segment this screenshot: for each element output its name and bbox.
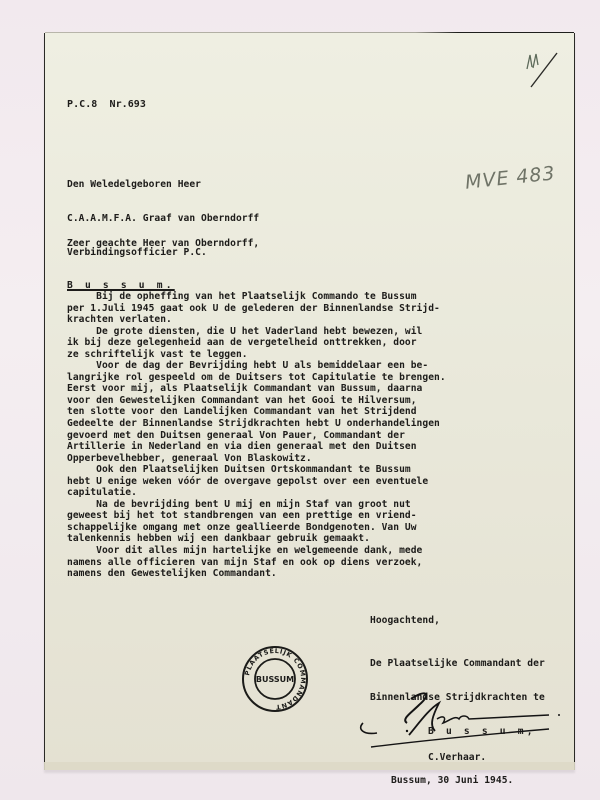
place-and-date: Bussum, 30 Juni 1945. [391,775,513,787]
body-line: namens den Gewestelijken Commandant. [67,568,446,580]
body-line: De grote diensten, die U het Vaderland h… [67,326,446,338]
body-line: Bij de opheffing van het Plaatselijk Com… [67,291,446,303]
body-line: Voor dit alles mijn hartelijke en welgem… [67,545,446,557]
pencil-corner-mark-icon [523,43,563,93]
sender-title-line: De Plaatselijke Commandant der [370,659,545,670]
body-line: capitulatie. [67,487,446,499]
reference-number: P.C.8 Nr.693 [67,99,146,111]
body-line: geweest bij het tot standbrengen van een… [67,510,446,522]
letter-page: P.C.8 Nr.693 Den Weledelgeboren Heer C.A… [44,33,575,770]
paper-edge [44,762,575,770]
letter-body: Bij de opheffing van het Plaatselijk Com… [67,291,446,580]
pencil-catalog-mark: MVE 483 [464,162,557,193]
body-line: ik bij deze gelegenheid aan de vergetelh… [67,337,446,349]
body-line: Voor de dag der Bevrijding hebt U als be… [67,360,446,372]
body-line: per 1.Juli 1945 gaat ook U de gelederen … [67,303,446,315]
recipient-line: C.A.A.M.F.A. Graaf van Oberndorff [67,214,259,225]
official-stamp-icon: PLAATSELIJK COMMANDANT BUSSUM [241,645,309,713]
handwritten-signature-icon [349,685,569,755]
body-line: ze schriftelijk vast te leggen. [67,349,446,361]
body-line: gevoerd met den Duitsen generaal Von Pau… [67,430,446,442]
body-line: Eerst voor mij, als Plaatselijk Commanda… [67,383,446,395]
body-line: Artillerie in Nederland en via dien gene… [67,441,446,453]
body-line: voor den Gewestelijken Commandant van he… [67,395,446,407]
body-line: langrijke rol gespeeld om de Duitsers to… [67,372,446,384]
body-line: Opperbevelhebber, generaal Von Blaskowit… [67,453,446,465]
body-line: ten slotte voor den Landelijken Commanda… [67,406,446,418]
body-line: namens alle officieren van mijn Staf en … [67,557,446,569]
body-line: krachten verlaten. [67,314,446,326]
recipient-line: Den Weledelgeboren Heer [67,180,259,191]
body-line: hebt U enige weken vóór de overgave gepo… [67,476,446,488]
body-line: schappelijke omgang met onze geallieerde… [67,522,446,534]
stamp-center-text: BUSSUM [256,675,294,684]
body-line: Ook den Plaatselijken Duitsen Ortskomman… [67,464,446,476]
salutation: Zeer geachte Heer van Oberndorff, [67,238,259,250]
body-line: Na de bevrijding bent U mij en mijn Staf… [67,499,446,511]
body-line: Gedeelte der Binnenlandse Strijdkrachten… [67,418,446,430]
closing: Hoogachtend, [370,615,440,627]
body-line: talenkennis hebben wij een dankbaar gebr… [67,533,446,545]
